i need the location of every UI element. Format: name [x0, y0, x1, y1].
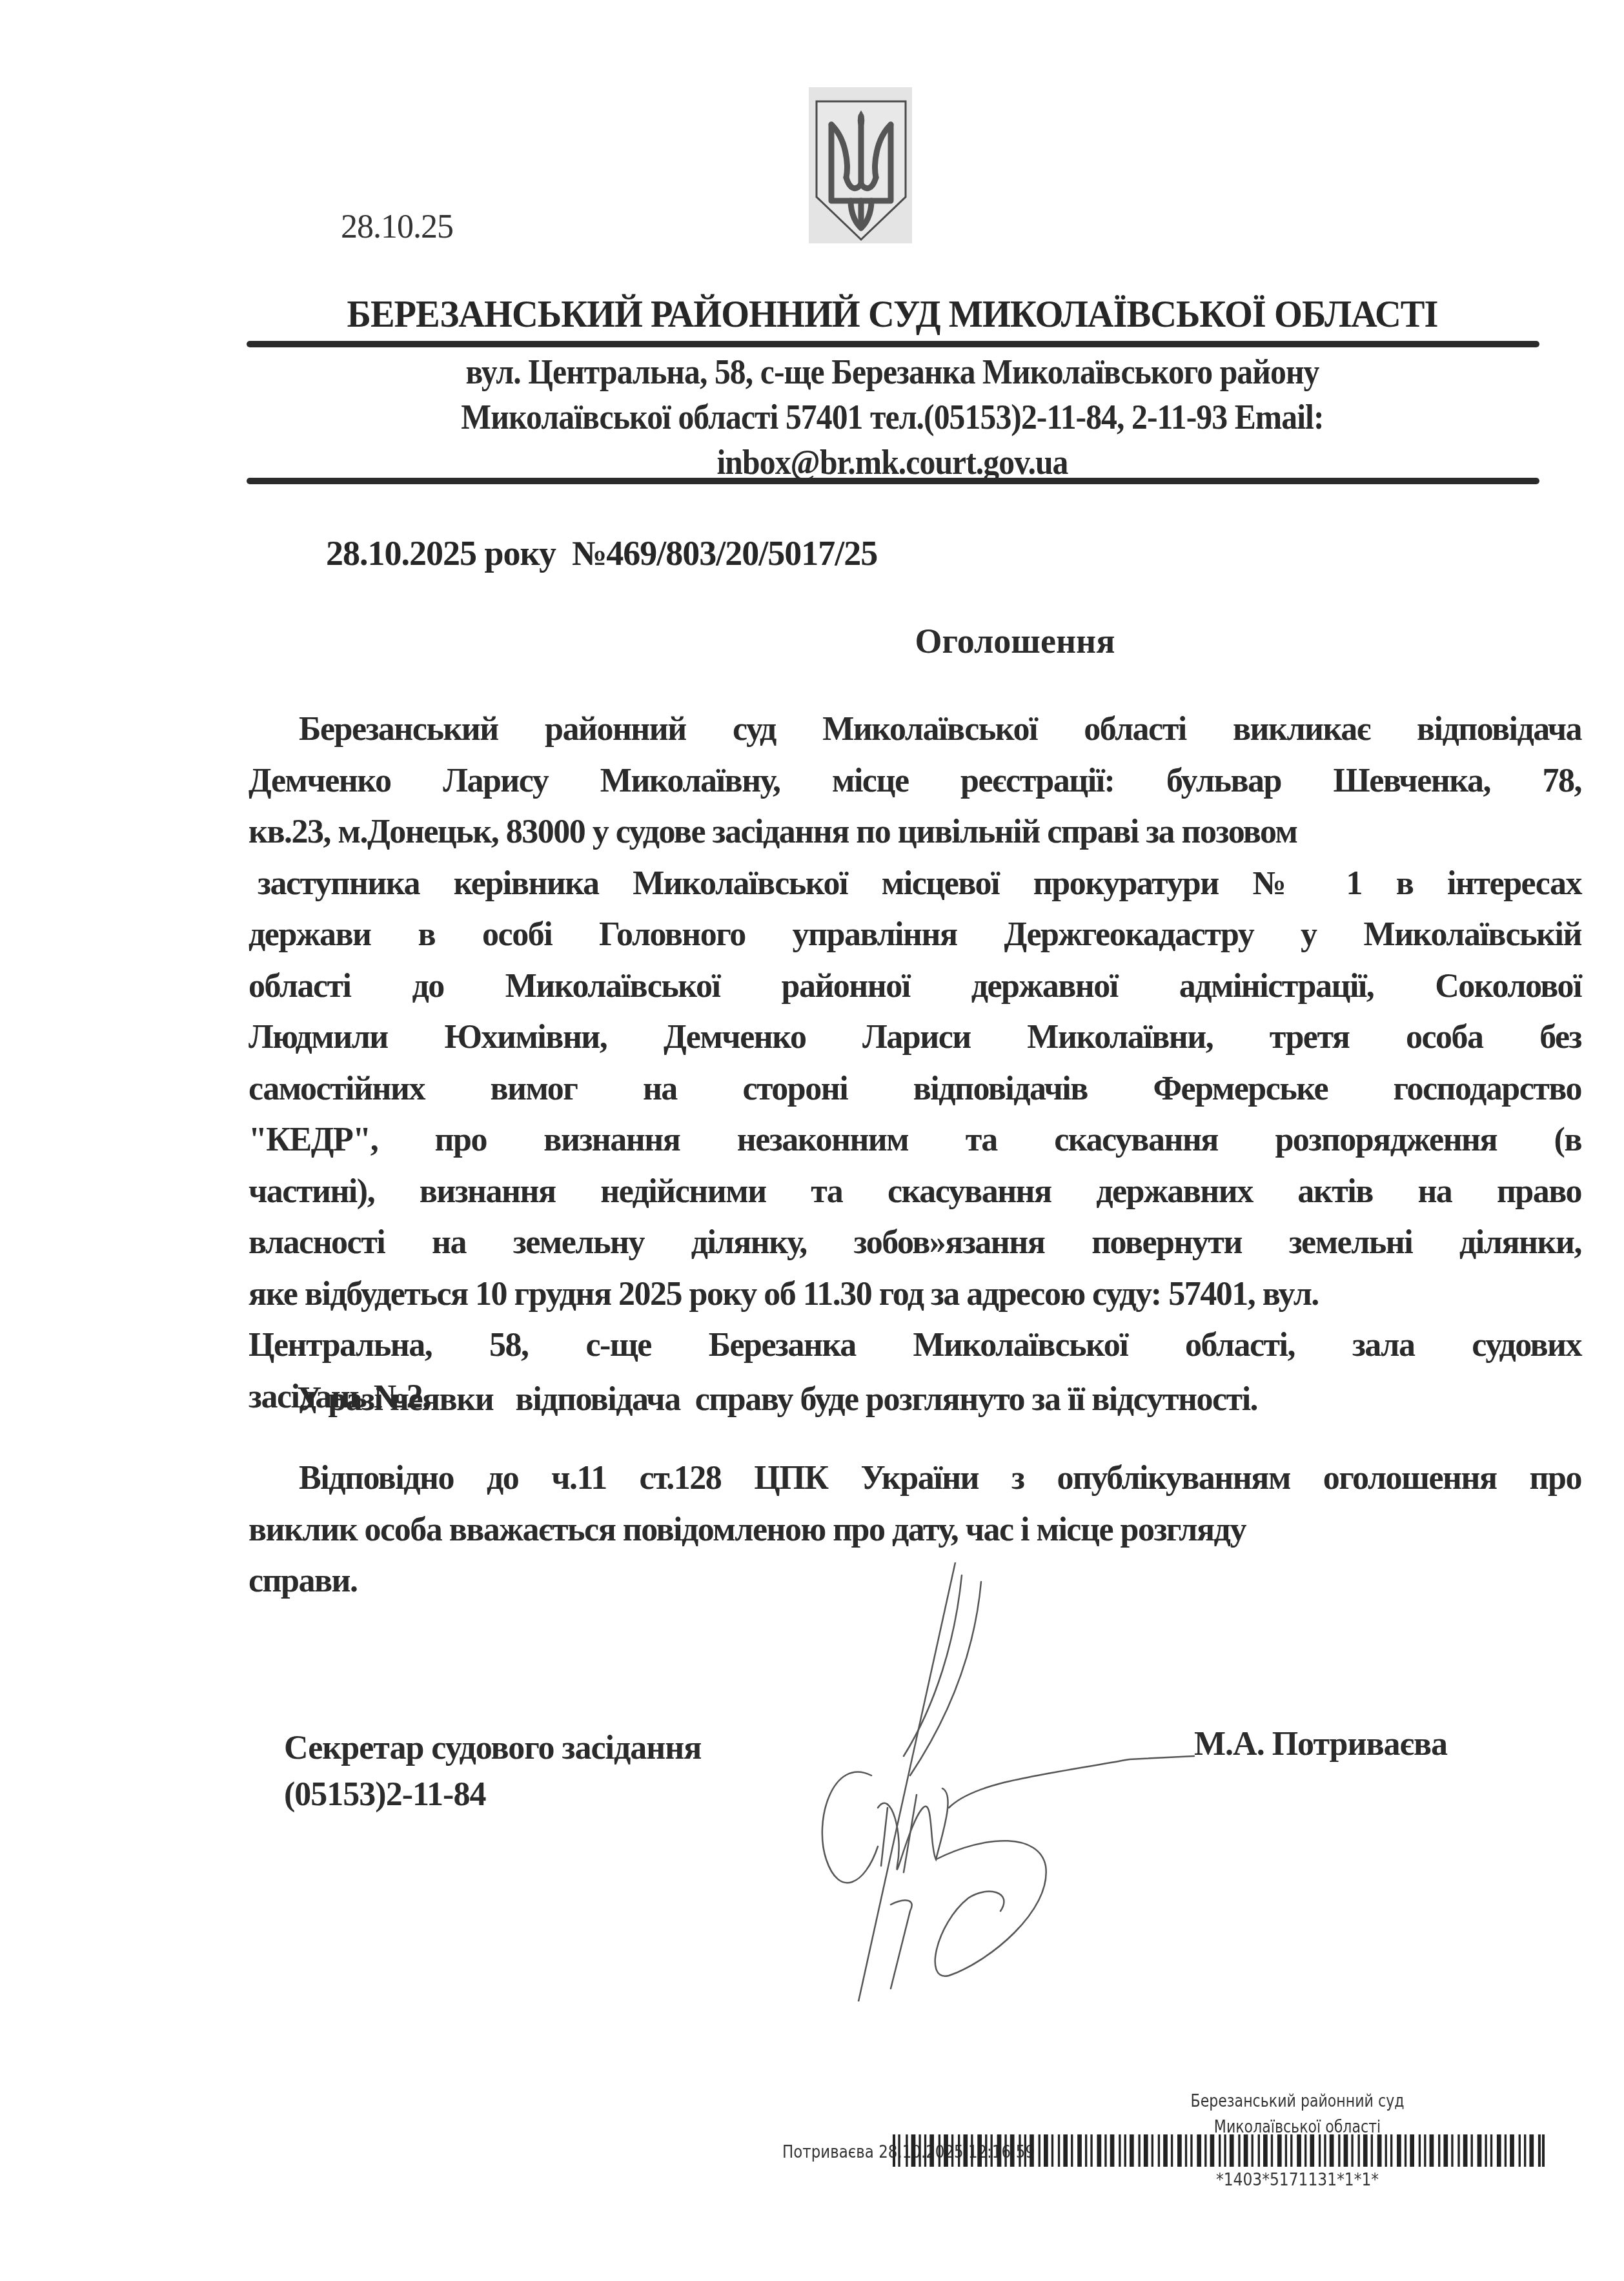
court-address-line: Миколаївської області 57401 тел.(05153)2… [297, 397, 1488, 437]
secretary-name: М.А. Потриваєва [1194, 1725, 1447, 1763]
case-number: №469/803/20/5017/25 [572, 534, 877, 573]
paragraph-line: яке відбудеться 10 грудня 2025 року об 1… [249, 1269, 1581, 1320]
stamp-org-line: Березанський районний суд [1172, 2089, 1424, 2114]
notice-title: Оголошення [245, 621, 1539, 661]
paragraph-line: частині), визнання недійсними та скасува… [249, 1166, 1581, 1218]
paragraph-line: Центральна, 58, с-ще Березанка Миколаївс… [249, 1320, 1581, 1371]
paragraph-line: області до Миколаївської районної держав… [249, 961, 1581, 1012]
reference-line: 28.10.2025 року №469/803/20/5017/25 [326, 533, 877, 573]
document-date-short: 28.10.25 [341, 208, 453, 246]
secretary-phone: (05153)2-11-84 [284, 1772, 701, 1818]
barcode-number: *1403*5171131*1*1* [1164, 2171, 1431, 2190]
paragraph-line: виклик особа вважається повідомленою про… [249, 1504, 1581, 1556]
court-title: БЕРЕЗАНСЬКИЙ РАЙОННИЙ СУД МИКОЛАЇВСЬКОЇ … [284, 292, 1501, 336]
header-divider-top [247, 341, 1539, 347]
handwritten-signature [742, 1562, 1207, 2001]
paragraph-line: У разі неявки відповідача справу буде ро… [297, 1374, 1523, 1426]
paragraph-line: Березанський районний суд Миколаївської … [249, 704, 1581, 755]
coat-of-arms-icon [809, 87, 912, 243]
paragraph-line: заступника керівника Миколаївської місце… [249, 858, 1581, 910]
paragraph-line: власності на земельну ділянку, зобов»яза… [249, 1217, 1581, 1269]
reference-date: 28.10.2025 року [326, 534, 556, 573]
paragraph-line: Демченко Ларису Миколаївну, місце реєстр… [249, 755, 1581, 807]
paragraph-line: "КЕДР", про визнання незаконним та скасу… [249, 1114, 1581, 1166]
court-address-line: вул. Центральна, 58, с-ще Березанка Мико… [297, 352, 1488, 392]
secretary-role: Секретар судового засідання [284, 1725, 701, 1772]
paragraph-line: держави в особі Головного управління Дер… [249, 909, 1581, 961]
notice-paragraph-summons: Березанський районний суд Миколаївської … [249, 704, 1581, 1422]
notice-paragraph-absence: У разі неявки відповідача справу буде ро… [297, 1374, 1523, 1426]
barcode-icon [893, 2134, 1545, 2167]
paragraph-line: самостійних вимог на стороні відповідачі… [249, 1063, 1581, 1115]
secretary-role-block: Секретар судового засідання (05153)2-11-… [284, 1725, 701, 1818]
header-divider-bottom [247, 478, 1539, 484]
court-email: inbox@br.mk.court.gov.ua [297, 442, 1488, 482]
paragraph-line: кв.23, м.Донецьк, 83000 у судове засідан… [249, 806, 1581, 858]
stamp-organization: Березанський районний суд Миколаївської … [1172, 2089, 1424, 2140]
paragraph-line: Відповідно до ч.11 ст.128 ЦПК України з … [249, 1453, 1581, 1504]
paragraph-line: Людмили Юхимівни, Демченко Лариси Микола… [249, 1012, 1581, 1063]
